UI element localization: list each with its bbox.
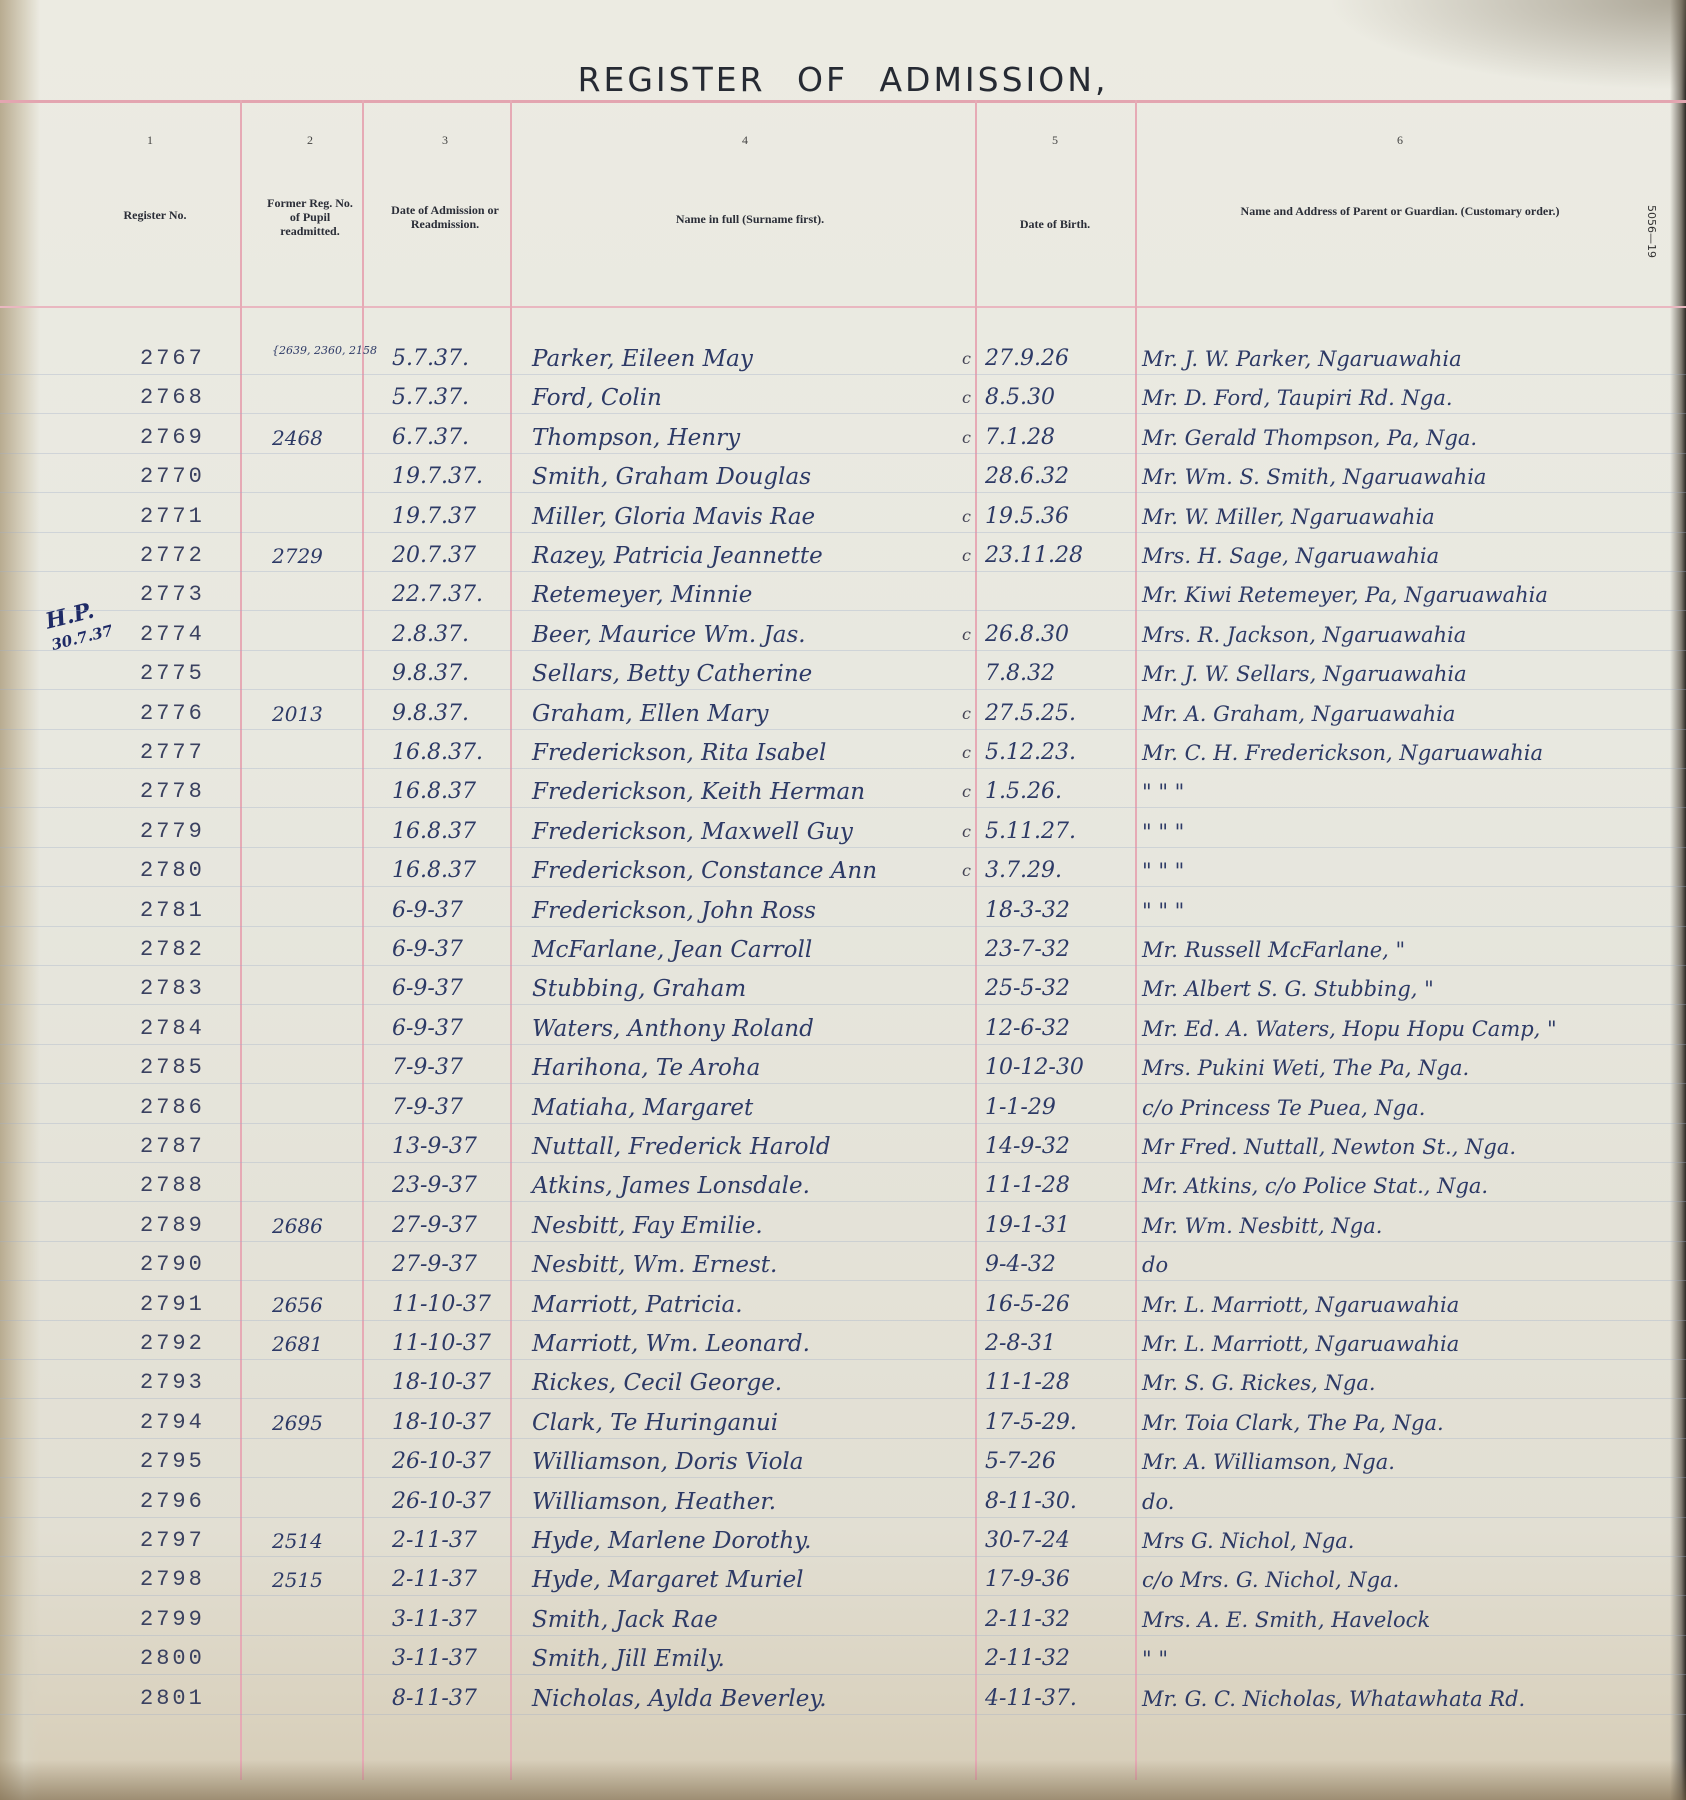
admission-date: 16.8.37 bbox=[392, 773, 532, 811]
register-number: 2790 bbox=[140, 1246, 270, 1284]
pupil-name: Frederickson, John Ross bbox=[532, 892, 972, 930]
date-of-birth: 11-1-28 bbox=[985, 1364, 1133, 1402]
register-number: 2772 bbox=[140, 537, 270, 575]
table-row: 2789268627-9-37Nesbitt, Fay Emilie.19-1-… bbox=[0, 1207, 1686, 1245]
pupil-name: Williamson, Doris Viola bbox=[532, 1443, 972, 1481]
admission-date: 20.7.37 bbox=[392, 537, 532, 575]
parent-guardian: Mr. Wm. S. Smith, Ngaruawahia bbox=[1142, 458, 1682, 496]
date-of-birth: 26.8.30 bbox=[985, 616, 1133, 654]
date-of-birth: 4-11-37. bbox=[985, 1680, 1133, 1718]
register-number: 2771 bbox=[140, 498, 270, 536]
date-of-birth: 2-11-32 bbox=[985, 1640, 1133, 1678]
table-row: 27685.7.37.Ford, Colinc8.5.30Mr. D. Ford… bbox=[0, 379, 1686, 417]
admission-date: 6.7.37. bbox=[392, 419, 532, 457]
column-number: 6 bbox=[1380, 133, 1420, 148]
register-number: 2775 bbox=[140, 655, 270, 693]
pupil-name: Hyde, Margaret Muriel bbox=[532, 1561, 972, 1599]
column-number: 4 bbox=[725, 133, 765, 148]
former-register-number: 2729 bbox=[272, 537, 372, 575]
register-number: 2767 bbox=[140, 340, 270, 378]
register-number: 2782 bbox=[140, 931, 270, 969]
table-row: 277119.7.37Miller, Gloria Mavis Raec19.5… bbox=[0, 498, 1686, 536]
table-row: 277816.8.37Frederickson, Keith Hermanc1.… bbox=[0, 773, 1686, 811]
table-row: 27816-9-37Frederickson, John Ross18-3-32… bbox=[0, 892, 1686, 930]
form-code: 5056—19 bbox=[1645, 205, 1658, 258]
date-of-birth: 8-11-30. bbox=[985, 1483, 1133, 1521]
parent-guardian: Mr. A. Williamson, Nga. bbox=[1142, 1443, 1682, 1481]
admission-date: 2-11-37 bbox=[392, 1561, 532, 1599]
register-number: 2797 bbox=[140, 1522, 270, 1560]
date-of-birth: 30-7-24 bbox=[985, 1522, 1133, 1560]
admission-date: 5.7.37. bbox=[392, 379, 532, 417]
table-row: 27759.8.37.Sellars, Betty Catherine7.8.3… bbox=[0, 655, 1686, 693]
date-of-birth: 17-9-36 bbox=[985, 1561, 1133, 1599]
parent-guardian: " " " bbox=[1142, 892, 1682, 930]
parent-guardian: Mr. J. W. Sellars, Ngaruawahia bbox=[1142, 655, 1682, 693]
date-of-birth: 7.1.28 bbox=[985, 419, 1133, 457]
parent-guardian: Mr. G. C. Nicholas, Whatawhata Rd. bbox=[1142, 1680, 1682, 1718]
table-row: 278016.8.37Frederickson, Constance Annc3… bbox=[0, 852, 1686, 890]
page-title: REGISTER OF ADMISSION, bbox=[0, 60, 1686, 99]
column-header-parent-guardian: Name and Address of Parent or Guardian. … bbox=[1205, 204, 1595, 218]
register-number: 2778 bbox=[140, 773, 270, 811]
pupil-marker: c bbox=[962, 537, 978, 575]
admission-date: 9.8.37. bbox=[392, 695, 532, 733]
table-row: 279626-10-37Williamson, Heather.8-11-30.… bbox=[0, 1483, 1686, 1521]
pupil-name: Nicholas, Aylda Beverley. bbox=[532, 1680, 972, 1718]
date-of-birth: 5.11.27. bbox=[985, 813, 1133, 851]
register-number: 2789 bbox=[140, 1207, 270, 1245]
pupil-name: Frederickson, Keith Herman bbox=[532, 773, 972, 811]
register-page: REGISTER OF ADMISSION, 1 2 3 4 5 6 Regis… bbox=[0, 0, 1686, 1800]
date-of-birth: 28.6.32 bbox=[985, 458, 1133, 496]
parent-guardian: Mr. Russell McFarlane, " bbox=[1142, 931, 1682, 969]
parent-guardian: c/o Mrs. G. Nichol, Nga. bbox=[1142, 1561, 1682, 1599]
column-number: 1 bbox=[130, 133, 170, 148]
pupil-name: Williamson, Heather. bbox=[532, 1483, 972, 1521]
table-row: 279725142-11-37Hyde, Marlene Dorothy.30-… bbox=[0, 1522, 1686, 1560]
date-of-birth: 2-11-32 bbox=[985, 1601, 1133, 1639]
admission-date: 2-11-37 bbox=[392, 1522, 532, 1560]
pupil-name: Parker, Eileen May bbox=[532, 340, 972, 378]
parent-guardian: " " " bbox=[1142, 773, 1682, 811]
pupil-name: Nesbitt, Fay Emilie. bbox=[532, 1207, 972, 1245]
parent-guardian: Mr. W. Miller, Ngaruawahia bbox=[1142, 498, 1682, 536]
pupil-name: Razey, Patricia Jeannette bbox=[532, 537, 972, 575]
date-of-birth: 23-7-32 bbox=[985, 931, 1133, 969]
pupil-name: Clark, Te Huringanui bbox=[532, 1404, 972, 1442]
former-register-number: {2639, 2360, 2158 bbox=[272, 344, 372, 357]
admission-date: 18-10-37 bbox=[392, 1364, 532, 1402]
pupil-name: Atkins, James Lonsdale. bbox=[532, 1167, 972, 1205]
pupil-marker: c bbox=[962, 498, 978, 536]
pupil-name: Hyde, Marlene Dorothy. bbox=[532, 1522, 972, 1560]
admission-date: 23-9-37 bbox=[392, 1167, 532, 1205]
admission-date: 19.7.37. bbox=[392, 458, 532, 496]
admission-date: 11-10-37 bbox=[392, 1286, 532, 1324]
header-top-rule bbox=[0, 100, 1686, 103]
register-number: 2795 bbox=[140, 1443, 270, 1481]
parent-guardian: Mr Fred. Nuttall, Newton St., Nga. bbox=[1142, 1128, 1682, 1166]
pupil-name: McFarlane, Jean Carroll bbox=[532, 931, 972, 969]
column-number: 2 bbox=[290, 133, 330, 148]
admission-date: 7-9-37 bbox=[392, 1049, 532, 1087]
register-number: 2769 bbox=[140, 419, 270, 457]
admission-date: 19.7.37 bbox=[392, 498, 532, 536]
table-row: 2792268111-10-37Marriott, Wm. Leonard.2-… bbox=[0, 1325, 1686, 1363]
register-number: 2781 bbox=[140, 892, 270, 930]
date-of-birth: 12-6-32 bbox=[985, 1010, 1133, 1048]
table-row: 277716.8.37.Frederickson, Rita Isabelc5.… bbox=[0, 734, 1686, 772]
register-number: 2784 bbox=[140, 1010, 270, 1048]
admission-date: 6-9-37 bbox=[392, 970, 532, 1008]
parent-guardian: Mrs. R. Jackson, Ngaruawahia bbox=[1142, 616, 1682, 654]
register-number: 2780 bbox=[140, 852, 270, 890]
pupil-marker: c bbox=[962, 695, 978, 733]
pupil-name: Nuttall, Frederick Harold bbox=[532, 1128, 972, 1166]
pupil-name: Thompson, Henry bbox=[532, 419, 972, 457]
admission-date: 27-9-37 bbox=[392, 1246, 532, 1284]
parent-guardian: Mr. Ed. A. Waters, Hopu Hopu Camp, " bbox=[1142, 1010, 1682, 1048]
date-of-birth: 5-7-26 bbox=[985, 1443, 1133, 1481]
pupil-name: Sellars, Betty Catherine bbox=[532, 655, 972, 693]
pupil-marker: c bbox=[962, 773, 978, 811]
admission-date: 16.8.37 bbox=[392, 813, 532, 851]
table-row: 28003-11-37Smith, Jill Emily.2-11-32" " bbox=[0, 1640, 1686, 1678]
parent-guardian: Mr. J. W. Parker, Ngaruawahia bbox=[1142, 340, 1682, 378]
register-number: 2785 bbox=[140, 1049, 270, 1087]
register-number: 2801 bbox=[140, 1680, 270, 1718]
date-of-birth: 23.11.28 bbox=[985, 537, 1133, 575]
table-row: 2791265611-10-37Marriott, Patricia.16-5-… bbox=[0, 1286, 1686, 1324]
date-of-birth: 1-1-29 bbox=[985, 1089, 1133, 1127]
parent-guardian: Mr. Gerald Thompson, Pa, Nga. bbox=[1142, 419, 1682, 457]
date-of-birth: 27.9.26 bbox=[985, 340, 1133, 378]
admission-date: 6-9-37 bbox=[392, 1010, 532, 1048]
date-of-birth: 19.5.36 bbox=[985, 498, 1133, 536]
pupil-name: Miller, Gloria Mavis Rae bbox=[532, 498, 972, 536]
admission-date: 26-10-37 bbox=[392, 1443, 532, 1481]
register-number: 2796 bbox=[140, 1483, 270, 1521]
pupil-name: Matiaha, Margaret bbox=[532, 1089, 972, 1127]
former-register-number: 2656 bbox=[272, 1286, 372, 1324]
former-register-number: 2514 bbox=[272, 1522, 372, 1560]
admission-date: 6-9-37 bbox=[392, 931, 532, 969]
parent-guardian: do. bbox=[1142, 1483, 1682, 1521]
register-number: 2793 bbox=[140, 1364, 270, 1402]
admission-date: 6-9-37 bbox=[392, 892, 532, 930]
pupil-name: Frederickson, Constance Ann bbox=[532, 852, 972, 890]
pupil-name: Smith, Jack Rae bbox=[532, 1601, 972, 1639]
pupil-name: Waters, Anthony Roland bbox=[532, 1010, 972, 1048]
register-number: 2768 bbox=[140, 379, 270, 417]
table-row: 279526-10-37Williamson, Doris Viola5-7-2… bbox=[0, 1443, 1686, 1481]
admission-date: 9.8.37. bbox=[392, 655, 532, 693]
parent-guardian: " " " bbox=[1142, 852, 1682, 890]
register-number: 2799 bbox=[140, 1601, 270, 1639]
parent-guardian: Mr. Wm. Nesbitt, Nga. bbox=[1142, 1207, 1682, 1245]
table-row: 28018-11-37Nicholas, Aylda Beverley.4-11… bbox=[0, 1680, 1686, 1718]
pupil-name: Stubbing, Graham bbox=[532, 970, 972, 1008]
parent-guardian: Mrs. Pukini Weti, The Pa, Nga. bbox=[1142, 1049, 1682, 1087]
column-number: 5 bbox=[1035, 133, 1075, 148]
date-of-birth: 11-1-28 bbox=[985, 1167, 1133, 1205]
column-header-admission-date: Date of Admission or Readmission. bbox=[385, 203, 505, 231]
admission-date: 7-9-37 bbox=[392, 1089, 532, 1127]
parent-guardian: Mr. Atkins, c/o Police Stat., Nga. bbox=[1142, 1167, 1682, 1205]
admission-date: 26-10-37 bbox=[392, 1483, 532, 1521]
parent-guardian: Mr. Kiwi Retemeyer, Pa, Ngaruawahia bbox=[1142, 576, 1682, 614]
register-number: 2798 bbox=[140, 1561, 270, 1599]
parent-guardian: Mrs G. Nichol, Nga. bbox=[1142, 1522, 1682, 1560]
former-register-number: 2695 bbox=[272, 1404, 372, 1442]
date-of-birth: 18-3-32 bbox=[985, 892, 1133, 930]
admission-date: 16.8.37. bbox=[392, 734, 532, 772]
table-row: 278823-9-37Atkins, James Lonsdale.11-1-2… bbox=[0, 1167, 1686, 1205]
register-number: 2791 bbox=[140, 1286, 270, 1324]
register-number: 2788 bbox=[140, 1167, 270, 1205]
date-of-birth: 14-9-32 bbox=[985, 1128, 1133, 1166]
admission-date: 18-10-37 bbox=[392, 1404, 532, 1442]
pupil-name: Nesbitt, Wm. Ernest. bbox=[532, 1246, 972, 1284]
date-of-birth: 7.8.32 bbox=[985, 655, 1133, 693]
parent-guardian: do bbox=[1142, 1246, 1682, 1284]
table-row: 27993-11-37Smith, Jack Rae2-11-32Mrs. A.… bbox=[0, 1601, 1686, 1639]
parent-guardian: Mr. A. Graham, Ngaruawahia bbox=[1142, 695, 1682, 733]
date-of-birth: 8.5.30 bbox=[985, 379, 1133, 417]
parent-guardian: " " bbox=[1142, 1640, 1682, 1678]
pupil-name: Beer, Maurice Wm. Jas. bbox=[532, 616, 972, 654]
register-number: 2773 bbox=[140, 576, 270, 614]
register-number: 2794 bbox=[140, 1404, 270, 1442]
table-row: 277322.7.37.Retemeyer, MinnieMr. Kiwi Re… bbox=[0, 576, 1686, 614]
parent-guardian: Mr. Albert S. G. Stubbing, " bbox=[1142, 970, 1682, 1008]
admission-date: 13-9-37 bbox=[392, 1128, 532, 1166]
table-row: 27867-9-37Matiaha, Margaret1-1-29c/o Pri… bbox=[0, 1089, 1686, 1127]
register-number: 2776 bbox=[140, 695, 270, 733]
pupil-name: Marriott, Wm. Leonard. bbox=[532, 1325, 972, 1363]
parent-guardian: Mrs. A. E. Smith, Havelock bbox=[1142, 1601, 1682, 1639]
pupil-name: Retemeyer, Minnie bbox=[532, 576, 972, 614]
pupil-name: Frederickson, Rita Isabel bbox=[532, 734, 972, 772]
table-row: 277620139.8.37.Graham, Ellen Maryc27.5.2… bbox=[0, 695, 1686, 733]
admission-date: 2.8.37. bbox=[392, 616, 532, 654]
table-row: 279318-10-37Rickes, Cecil George.11-1-28… bbox=[0, 1364, 1686, 1402]
former-register-number: 2681 bbox=[272, 1325, 372, 1363]
parent-guardian: Mr. S. G. Rickes, Nga. bbox=[1142, 1364, 1682, 1402]
table-row: 2794269518-10-37Clark, Te Huringanui17-5… bbox=[0, 1404, 1686, 1442]
register-number: 2800 bbox=[140, 1640, 270, 1678]
date-of-birth: 5.12.23. bbox=[985, 734, 1133, 772]
former-register-number: 2013 bbox=[272, 695, 372, 733]
table-row: 27742.8.37.Beer, Maurice Wm. Jas.c26.8.3… bbox=[0, 616, 1686, 654]
table-row: 27846-9-37Waters, Anthony Roland12-6-32M… bbox=[0, 1010, 1686, 1048]
date-of-birth: 3.7.29. bbox=[985, 852, 1133, 890]
former-register-number: 2515 bbox=[272, 1561, 372, 1599]
table-row: 277916.8.37Frederickson, Maxwell Guyc5.1… bbox=[0, 813, 1686, 851]
date-of-birth: 2-8-31 bbox=[985, 1325, 1133, 1363]
pupil-name: Graham, Ellen Mary bbox=[532, 695, 972, 733]
table-row: 279825152-11-37Hyde, Margaret Muriel17-9… bbox=[0, 1561, 1686, 1599]
admission-date: 5.7.37. bbox=[392, 340, 532, 378]
table-row: 27826-9-37McFarlane, Jean Carroll23-7-32… bbox=[0, 931, 1686, 969]
date-of-birth: 25-5-32 bbox=[985, 970, 1133, 1008]
admission-date: 27-9-37 bbox=[392, 1207, 532, 1245]
date-of-birth: 19-1-31 bbox=[985, 1207, 1133, 1245]
column-number: 3 bbox=[425, 133, 465, 148]
table-row: 27857-9-37Harihona, Te Aroha10-12-30Mrs.… bbox=[0, 1049, 1686, 1087]
admission-date: 22.7.37. bbox=[392, 576, 532, 614]
parent-guardian: Mrs. H. Sage, Ngaruawahia bbox=[1142, 537, 1682, 575]
admission-date: 8-11-37 bbox=[392, 1680, 532, 1718]
admission-date: 11-10-37 bbox=[392, 1325, 532, 1363]
pupil-name: Smith, Graham Douglas bbox=[532, 458, 972, 496]
register-number: 2787 bbox=[140, 1128, 270, 1166]
date-of-birth: 1.5.26. bbox=[985, 773, 1133, 811]
table-row: 2767{2639, 2360, 21585.7.37.Parker, Eile… bbox=[0, 340, 1686, 378]
date-of-birth: 17-5-29. bbox=[985, 1404, 1133, 1442]
register-number: 2774 bbox=[140, 616, 270, 654]
parent-guardian: Mr. C. H. Frederickson, Ngaruawahia bbox=[1142, 734, 1682, 772]
pupil-marker: c bbox=[962, 379, 978, 417]
table-row: 279027-9-37Nesbitt, Wm. Ernest.9-4-32do bbox=[0, 1246, 1686, 1284]
table-row: 277019.7.37.Smith, Graham Douglas28.6.32… bbox=[0, 458, 1686, 496]
former-register-number: 2686 bbox=[272, 1207, 372, 1245]
admission-date: 16.8.37 bbox=[392, 852, 532, 890]
former-register-number: 2468 bbox=[272, 419, 372, 457]
pupil-marker: c bbox=[962, 852, 978, 890]
pupil-marker: c bbox=[962, 734, 978, 772]
register-number: 2770 bbox=[140, 458, 270, 496]
pupil-marker: c bbox=[962, 616, 978, 654]
pupil-name: Smith, Jill Emily. bbox=[532, 1640, 972, 1678]
header-bottom-rule bbox=[0, 306, 1686, 308]
pupil-name: Ford, Colin bbox=[532, 379, 972, 417]
date-of-birth: 16-5-26 bbox=[985, 1286, 1133, 1324]
register-number: 2779 bbox=[140, 813, 270, 851]
parent-guardian: Mr. D. Ford, Taupiri Rd. Nga. bbox=[1142, 379, 1682, 417]
column-header-former-reg-no: Former Reg. No. of Pupil readmitted. bbox=[262, 196, 358, 238]
pupil-marker: c bbox=[962, 419, 978, 457]
register-number: 2792 bbox=[140, 1325, 270, 1363]
table-row: 278713-9-37Nuttall, Frederick Harold14-9… bbox=[0, 1128, 1686, 1166]
table-row: 27836-9-37Stubbing, Graham25-5-32Mr. Alb… bbox=[0, 970, 1686, 1008]
date-of-birth: 9-4-32 bbox=[985, 1246, 1133, 1284]
parent-guardian: " " " bbox=[1142, 813, 1682, 851]
pupil-name: Rickes, Cecil George. bbox=[532, 1364, 972, 1402]
pupil-marker: c bbox=[962, 340, 978, 378]
table-row: 276924686.7.37.Thompson, Henryc7.1.28Mr.… bbox=[0, 419, 1686, 457]
date-of-birth: 10-12-30 bbox=[985, 1049, 1133, 1087]
register-number: 2783 bbox=[140, 970, 270, 1008]
register-number: 2786 bbox=[140, 1089, 270, 1127]
admission-date: 3-11-37 bbox=[392, 1640, 532, 1678]
column-header-register-no: Register No. bbox=[115, 208, 195, 222]
pupil-name: Marriott, Patricia. bbox=[532, 1286, 972, 1324]
admission-date: 3-11-37 bbox=[392, 1601, 532, 1639]
parent-guardian: Mr. Toia Clark, The Pa, Nga. bbox=[1142, 1404, 1682, 1442]
column-header-date-of-birth: Date of Birth. bbox=[990, 217, 1120, 231]
pupil-marker: c bbox=[962, 813, 978, 851]
pupil-name: Frederickson, Maxwell Guy bbox=[532, 813, 972, 851]
column-header-full-name: Name in full (Surname first). bbox=[670, 212, 830, 226]
parent-guardian: c/o Princess Te Puea, Nga. bbox=[1142, 1089, 1682, 1127]
table-row: 2772272920.7.37Razey, Patricia Jeannette… bbox=[0, 537, 1686, 575]
register-number: 2777 bbox=[140, 734, 270, 772]
pupil-name: Harihona, Te Aroha bbox=[532, 1049, 972, 1087]
parent-guardian: Mr. L. Marriott, Ngaruawahia bbox=[1142, 1286, 1682, 1324]
date-of-birth: 27.5.25. bbox=[985, 695, 1133, 733]
parent-guardian: Mr. L. Marriott, Ngaruawahia bbox=[1142, 1325, 1682, 1363]
